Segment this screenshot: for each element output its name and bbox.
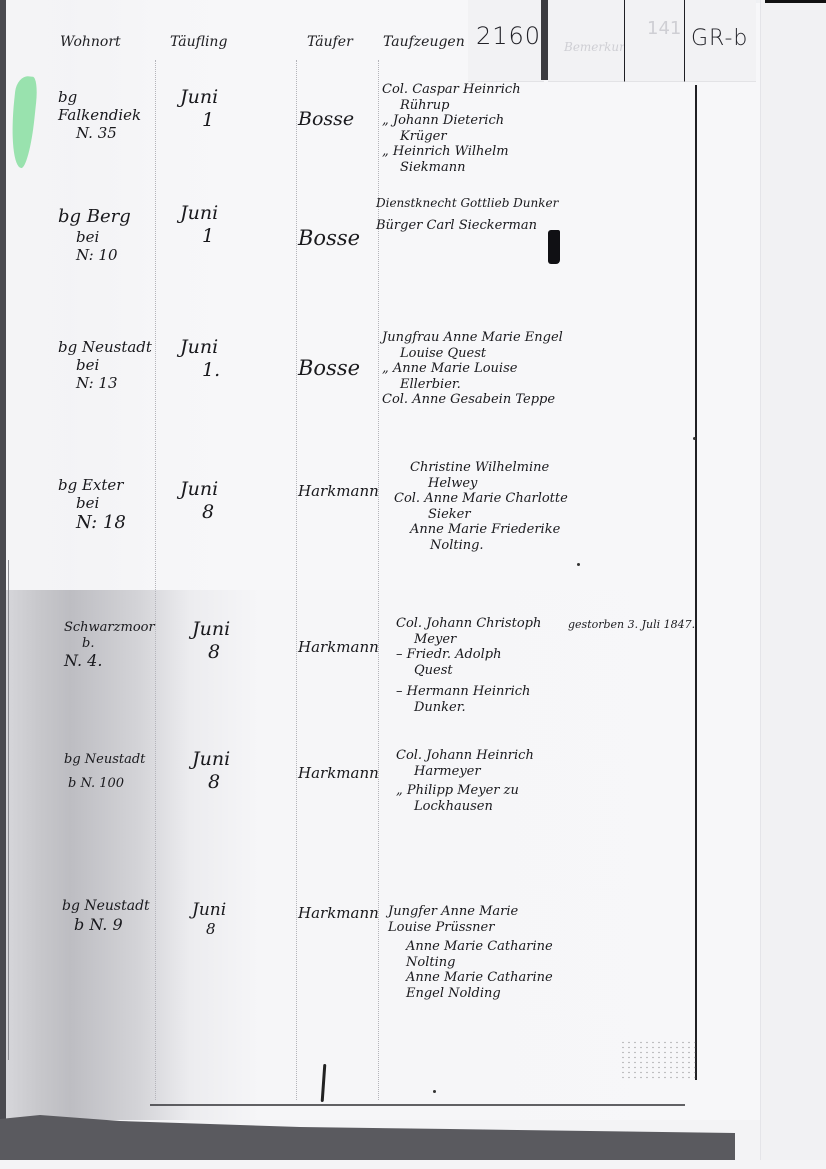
death-annotation: gestorben 3. Juli 1847. [568, 618, 695, 631]
bottom-rule [150, 1104, 685, 1106]
residence-cell: bg Neustadt b N. 9 [62, 898, 162, 934]
residence-cell: bg Neustadt bei N: 13 [58, 338, 158, 392]
pastor-cell: Harkmann [298, 482, 388, 500]
date-cell: Juni 8 [192, 618, 252, 664]
column-divider-2 [296, 60, 297, 1100]
faint-number: 141 [647, 18, 681, 39]
date-cell: Juni 8 [192, 748, 252, 794]
label-separator-bar [541, 0, 548, 80]
pastor-cell: Bosse [298, 226, 388, 251]
sponsors-cell: Col. Johann Heinrich Harmeyer „ Philipp … [396, 748, 716, 814]
pen-stroke-mark [321, 1064, 327, 1102]
archive-number-label: 2160 [468, 0, 544, 82]
sponsors-cell: Col. Caspar Heinrich Rührup „ Johann Die… [382, 82, 702, 176]
pastor-cell: Bosse [298, 356, 388, 381]
scan-speck [433, 1090, 436, 1093]
pastor-cell: Bosse [298, 108, 388, 131]
pastor-cell: Harkmann [298, 904, 388, 922]
header-residence: Wohnort [60, 34, 121, 50]
archive-number: 2160 [476, 22, 541, 50]
date-cell: Juni 1. [180, 336, 240, 382]
header-baptized: Täufling [170, 34, 227, 50]
scanner-margin [760, 0, 826, 1169]
sponsors-cell: Jungfrau Anne Marie Engel Louise Quest „… [382, 330, 702, 408]
section-code-label: GR-b [684, 0, 756, 82]
sponsors-cell: Dienstknecht Gottlieb Dunker Bürger Carl… [376, 196, 696, 234]
date-cell: Juni 1 [180, 86, 240, 132]
date-cell: Juni 8 [180, 478, 240, 524]
ink-blot [548, 230, 560, 264]
residence-cell: bg Berg bei N: 10 [58, 206, 158, 264]
page-fold-line [8, 560, 11, 1060]
scan-speck [693, 437, 696, 440]
residence-cell: Schwarzmoor b. N. 4. [64, 620, 164, 670]
scan-speck [577, 563, 580, 566]
faint-number-label: 141 [624, 0, 684, 82]
sponsors-cell: Jungfer Anne Marie Louise Prüssner Anne … [388, 904, 708, 1002]
residence-cell: bg Neustadt b N. 100 [64, 752, 164, 791]
scan-noise [620, 1040, 700, 1080]
scan-bottom-margin [0, 1160, 826, 1169]
sponsors-cell: Christine Wilhelmine Helwey Col. Anne Ma… [410, 460, 730, 554]
section-code: GR-b [691, 26, 748, 51]
page-binding-edge [0, 0, 6, 1120]
pastor-cell: Harkmann [298, 764, 388, 782]
pastor-cell: Harkmann [298, 638, 388, 656]
date-cell: Juni 1 [180, 202, 240, 248]
scan-edge-black [765, 0, 826, 3]
header-pastor: Täufer [307, 34, 353, 50]
date-cell: Juni 8 [192, 900, 252, 938]
remarks-label: Bemerkungen [548, 0, 624, 82]
header-sponsors: Taufzeugen [383, 34, 465, 50]
residence-cell: bg Falkendiek N. 35 [58, 88, 158, 142]
residence-cell: bg Exter bei N: 18 [58, 476, 158, 534]
